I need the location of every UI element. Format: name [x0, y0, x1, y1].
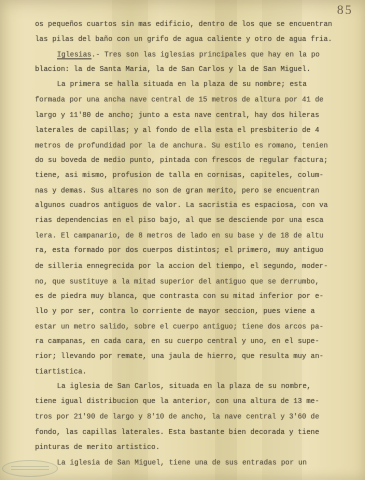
text-line: laterales de capillas; y al fondo de ell… — [35, 124, 339, 139]
document-text-block: os pequeños cuartos sin mas edificio, de… — [35, 18, 339, 471]
text-line: largo y 11'80 de ancho; junto a esta nav… — [35, 109, 339, 124]
text-line: tros por 21'90 de largo y 8'10 de ancho,… — [35, 411, 339, 426]
text-line: algunos cuadros antiguos de valor. La sa… — [35, 199, 339, 214]
text-line: llo y por ser, contra lo corriente de ma… — [35, 305, 339, 320]
stamp-text-line — [11, 469, 49, 470]
stamp-text-line — [11, 466, 49, 467]
text-line: metros de profundidad por la de anchura.… — [35, 139, 339, 154]
section-heading-iglesias: Iglesias — [57, 51, 91, 59]
text-line: rias dependencias en el piso bajo, al qu… — [35, 214, 339, 229]
text-line: pinturas de merito artistico. — [35, 441, 339, 456]
text-line: os pequeños cuartos sin mas edificio, de… — [35, 18, 339, 33]
text-line: rior; llevando por remate, una jaula de … — [35, 350, 339, 365]
text-line: tiene igual distribucion que la anterior… — [35, 395, 339, 410]
text-line: las pilas del baño con un grifo de agua … — [35, 33, 339, 48]
text-line: do su boveda de medio punto, pintada con… — [35, 154, 339, 169]
text-line: es de piedra muy blanca, que contrasta c… — [35, 290, 339, 305]
text-line: La primera se halla situada en la plaza … — [35, 78, 339, 93]
text-line: ra, esta formado por dos cuerpos distint… — [35, 244, 339, 259]
text-line: La iglesia de San Carlos, situada en la … — [35, 380, 339, 395]
text-line: estar un metro salido, sobre el cuerpo a… — [35, 320, 339, 335]
heading-line-rest: .- Tres son las iglesias principales que… — [91, 51, 319, 59]
text-line: formada por una ancha nave central de 15… — [35, 94, 339, 109]
faint-oval-stamp-icon — [2, 460, 58, 477]
text-line: tiartistica. — [35, 365, 339, 380]
text-line: ra campanas, en cada cara, en su cuerpo … — [35, 335, 339, 350]
text-line: fondo, las capillas laterales. Esta bast… — [35, 426, 339, 441]
page-number: 85 — [337, 2, 353, 18]
text-line: tiene, asi mismo, profusion de talla en … — [35, 169, 339, 184]
text-line: lera. El campanario, de 8 metros de lado… — [35, 230, 339, 245]
section-heading-line: Iglesias.- Tres son las iglesias princip… — [35, 48, 339, 63]
text-line: La iglesia de San Miguel, tiene una de s… — [35, 456, 339, 471]
text-line: de silleria ennegrecida por la accion de… — [35, 260, 339, 275]
text-line: nas y demas. Sus altares no son de gran … — [35, 184, 339, 199]
text-line: blacion: la de Santa Maria, la de San Ca… — [35, 63, 339, 78]
text-line: no, que sustituye a la mitad superior de… — [35, 275, 339, 290]
scanned-document-page: 85 os pequeños cuartos sin mas edificio,… — [0, 0, 365, 480]
